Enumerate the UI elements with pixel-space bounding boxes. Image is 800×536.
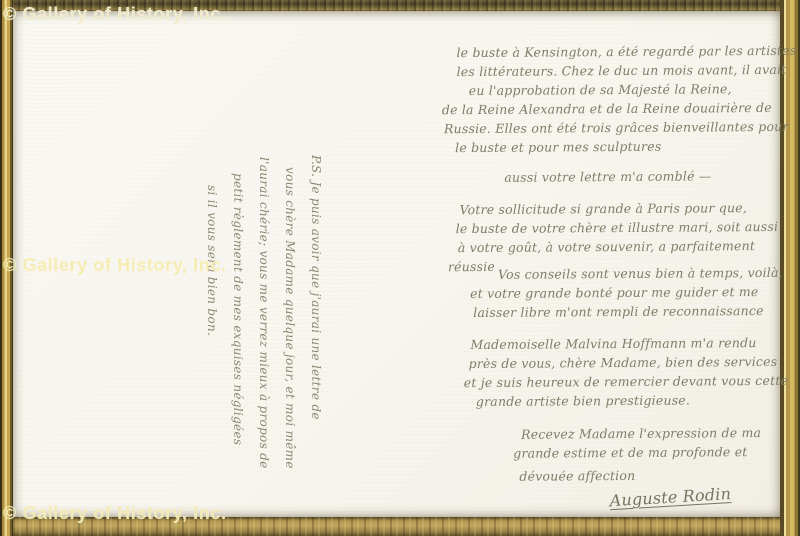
- letter-line: les littérateurs. Chez le duc un mois av…: [457, 60, 797, 81]
- letter-line: et votre grande bonté pour me guider et …: [470, 282, 798, 303]
- rodin-signature: Auguste Rodin: [609, 484, 731, 510]
- letter-line: le buste et pour mes sculptures: [455, 136, 797, 157]
- postscript-line: petit règlement de mes exquises négligée…: [225, 173, 251, 505]
- letter-line: grande artiste bien prestigieuse.: [476, 390, 799, 411]
- letter-line: à votre goût, à votre souvenir, a parfai…: [458, 236, 798, 257]
- letter-line: Russie. Elles ont été trois grâces bienv…: [444, 117, 797, 138]
- letter-line: et je suis heureux de remercier devant v…: [464, 371, 799, 392]
- letter-line: de la Reine Alexandra et de la Reine dou…: [442, 98, 797, 119]
- letter-line: Recevez Madame l'expression de ma: [521, 423, 799, 444]
- frame-bottom-edge: [0, 517, 800, 536]
- letter-postscript-rotated: P.S. Je puis avoir que j'aurai une lettr…: [195, 155, 329, 505]
- framed-letter-photo: © Gallery of History, Inc. © Gallery of …: [0, 0, 800, 536]
- postscript-line: si il vous sera bien bon.: [199, 185, 225, 505]
- letter-body-text: le buste à Kensington, a été regardé par…: [441, 41, 799, 509]
- letter-line: grande estime et de ma profonde et: [513, 442, 799, 463]
- postscript-line: l'aurai chérie; vous me verrez mieux à p…: [251, 157, 277, 505]
- letter-line: près de vous, chère Madame, bien des ser…: [469, 352, 799, 373]
- letter-line: eu l'approbation de sa Majesté la Reine,: [469, 79, 797, 100]
- letter-line: dévouée affection: [519, 465, 799, 486]
- postscript-line: P.S. Je puis avoir que j'aurai une lettr…: [303, 155, 329, 505]
- postscript-line: vous chère Madame quelque jour, et moi m…: [277, 167, 303, 505]
- letter-line: le buste de votre chère et illustre mari…: [456, 217, 798, 238]
- letter-line: laisser libre m'ont rempli de reconnaiss…: [473, 301, 798, 322]
- letter-line: aussi votre lettre m'a comblé —: [504, 166, 797, 187]
- letter-line: Votre sollicitude si grande à Paris pour…: [459, 198, 797, 219]
- frame-top-edge: [0, 0, 800, 11]
- letter-line: Mademoiselle Malvina Hoffmann m'a rendu: [470, 333, 798, 354]
- letter-line: le buste à Kensington, a été regardé par…: [456, 41, 796, 62]
- letter-line: Vos conseils sont venus bien à temps, vo…: [498, 263, 798, 284]
- frame-left-edge: [0, 0, 13, 536]
